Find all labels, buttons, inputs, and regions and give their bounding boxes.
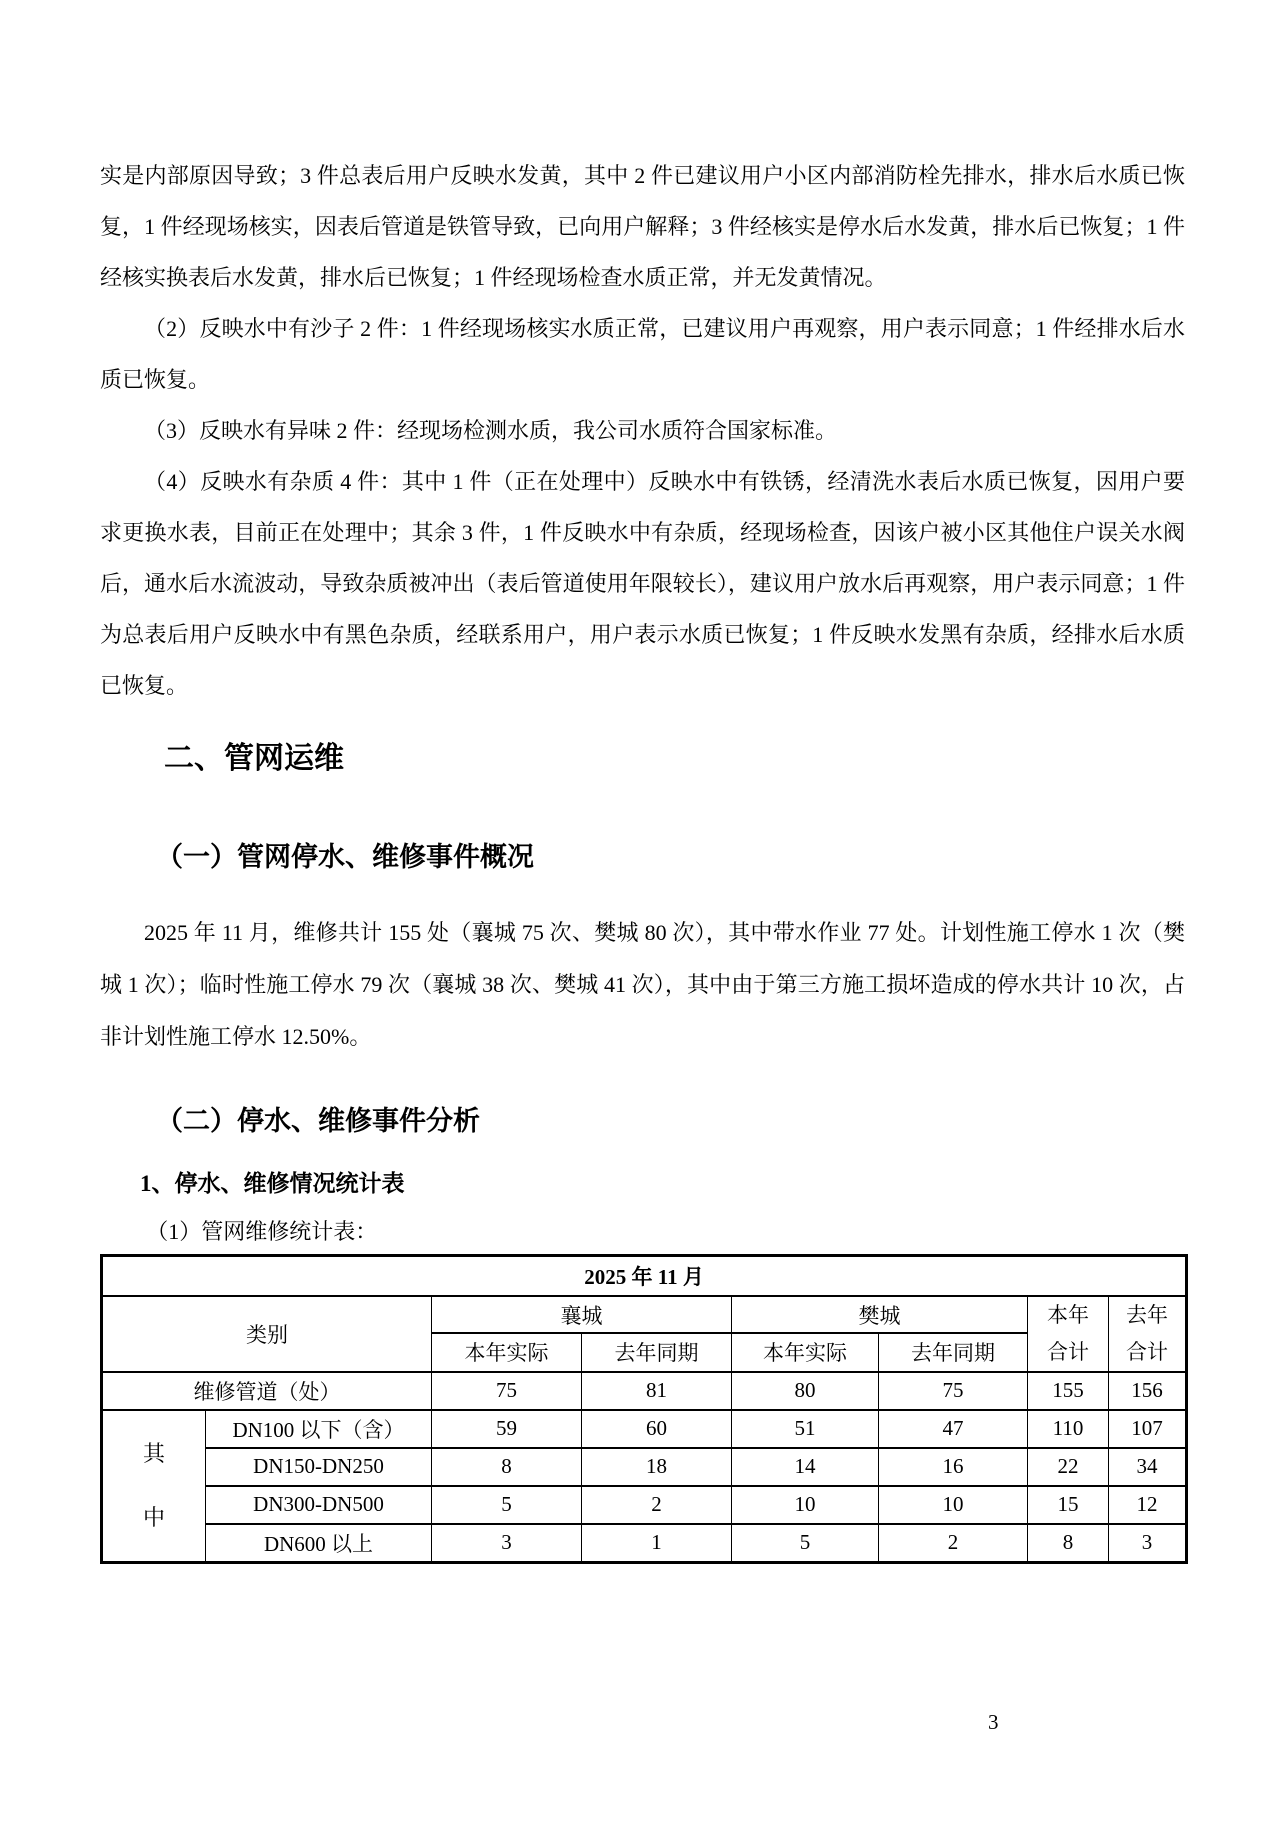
cell-value: 75 xyxy=(879,1372,1028,1410)
cell-value: 51 xyxy=(732,1410,879,1448)
cell-value: 10 xyxy=(732,1486,879,1524)
header-xc-last-year-same: 去年同期 xyxy=(582,1333,732,1371)
table-row-repaired-pipes: 维修管道（处） 75 81 80 75 155 156 xyxy=(102,1372,1187,1410)
cell-value: 156 xyxy=(1109,1372,1187,1410)
paragraph-table-intro: （1）管网维修统计表： xyxy=(100,1214,1185,1250)
header-fc-this-year-actual: 本年实际 xyxy=(732,1333,879,1371)
table-row-dn600: DN600 以上 3 1 5 2 8 3 xyxy=(102,1524,1187,1563)
row-label-dn150-250: DN150-DN250 xyxy=(206,1448,432,1486)
page-number: 3 xyxy=(988,1710,999,1735)
table-header-row-1: 类别 襄城 樊城 本年合计 去年合计 xyxy=(102,1296,1187,1333)
paragraph-maintenance-overview: 2025 年 11 月，维修共计 155 处（襄城 75 次、樊城 80 次），… xyxy=(100,907,1185,1063)
pipe-maintenance-statistics-table: 2025 年 11 月 类别 襄城 樊城 本年合计 去年合计 本年实际 去年同期… xyxy=(100,1254,1188,1564)
row-label-repaired-pipes: 维修管道（处） xyxy=(102,1372,432,1410)
cell-value: 110 xyxy=(1028,1410,1109,1448)
group-label: 其中 xyxy=(141,1422,167,1550)
table-row-dn300-500: DN300-DN500 5 2 10 10 15 12 xyxy=(102,1486,1187,1524)
paragraph-impurity-complaints: （4）反映水有杂质 4 件：其中 1 件（正在处理中）反映水中有铁锈，经清洗水表… xyxy=(100,456,1185,711)
paragraph-sand-complaints: （2）反映水中有沙子 2 件：1 件经现场核实水质正常，已建议用户再观察，用户表… xyxy=(100,303,1185,405)
paragraph-odor-complaints: （3）反映水有异味 2 件：经现场检测水质，我公司水质符合国家标准。 xyxy=(100,405,1185,456)
cell-value: 155 xyxy=(1028,1372,1109,1410)
cell-value: 75 xyxy=(432,1372,582,1410)
row-label-dn300-500: DN300-DN500 xyxy=(206,1486,432,1524)
cell-value: 47 xyxy=(879,1410,1028,1448)
cell-value: 15 xyxy=(1028,1486,1109,1524)
cell-value: 12 xyxy=(1109,1486,1187,1524)
cell-value: 14 xyxy=(732,1448,879,1486)
cell-value: 80 xyxy=(732,1372,879,1410)
cell-value: 2 xyxy=(582,1486,732,1524)
cell-value: 18 xyxy=(582,1448,732,1486)
cell-value: 2 xyxy=(879,1524,1028,1563)
row-label-dn100: DN100 以下（含） xyxy=(206,1410,432,1448)
cell-value: 107 xyxy=(1109,1410,1187,1448)
subsection-heading-outage-overview: （一）管网停水、维修事件概况 xyxy=(100,837,1185,877)
table-row-dn100: 其中 DN100 以下（含） 59 60 51 47 110 107 xyxy=(102,1410,1187,1448)
header-fancheng: 樊城 xyxy=(732,1296,1028,1333)
header-fc-last-year-same: 去年同期 xyxy=(879,1333,1028,1371)
cell-value: 1 xyxy=(582,1524,732,1563)
cell-value: 5 xyxy=(732,1524,879,1563)
cell-value: 10 xyxy=(879,1486,1028,1524)
section-heading-pipe-network-ops: 二、管网运维 xyxy=(100,737,1185,781)
cell-value: 5 xyxy=(432,1486,582,1524)
cell-value: 8 xyxy=(432,1448,582,1486)
heading-statistics-table: 1、停水、维修情况统计表 xyxy=(100,1167,1185,1201)
cell-value: 34 xyxy=(1109,1448,1187,1486)
header-last-year-total: 去年合计 xyxy=(1109,1296,1187,1372)
table-title-row: 2025 年 11 月 xyxy=(102,1256,1187,1297)
document-page: 实是内部原因导致；3 件总表后用户反映水发黄，其中 2 件已建议用户小区内部消防… xyxy=(0,0,1280,1828)
header-this-year-total: 本年合计 xyxy=(1028,1296,1109,1372)
table-row-dn150-250: DN150-DN250 8 18 14 16 22 34 xyxy=(102,1448,1187,1486)
header-this-year-total-label: 本年合计 xyxy=(1044,1297,1092,1371)
cell-value: 3 xyxy=(432,1524,582,1563)
cell-value: 16 xyxy=(879,1448,1028,1486)
cell-value: 8 xyxy=(1028,1524,1109,1563)
page-content: 实是内部原因导致；3 件总表后用户反映水发黄，其中 2 件已建议用户小区内部消防… xyxy=(0,0,1280,1564)
cell-value: 59 xyxy=(432,1410,582,1448)
cell-value: 81 xyxy=(582,1372,732,1410)
cell-value: 60 xyxy=(582,1410,732,1448)
cell-value: 3 xyxy=(1109,1524,1187,1563)
table-title: 2025 年 11 月 xyxy=(102,1256,1187,1297)
subsection-heading-outage-analysis: （二）停水、维修事件分析 xyxy=(100,1101,1185,1141)
group-label-cell: 其中 xyxy=(102,1410,206,1563)
cell-value: 22 xyxy=(1028,1448,1109,1486)
header-category: 类别 xyxy=(102,1296,432,1372)
paragraph-yellow-water-continuation: 实是内部原因导致；3 件总表后用户反映水发黄，其中 2 件已建议用户小区内部消防… xyxy=(100,150,1185,303)
row-label-dn600: DN600 以上 xyxy=(206,1524,432,1563)
header-last-year-total-label: 去年合计 xyxy=(1123,1297,1171,1371)
header-xc-this-year-actual: 本年实际 xyxy=(432,1333,582,1371)
header-xiangcheng: 襄城 xyxy=(432,1296,732,1333)
